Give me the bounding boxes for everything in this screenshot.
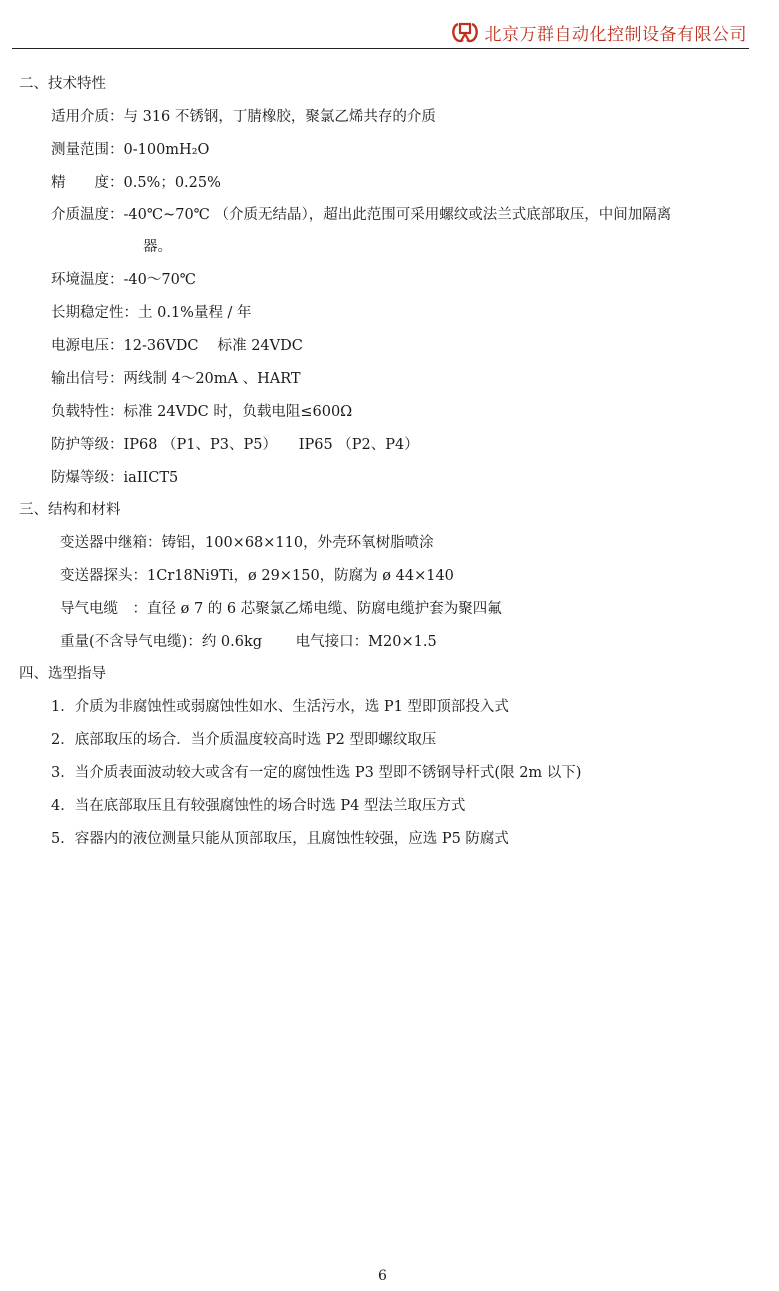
structure-junction-box: 变送器中继箱：铸铝，100×68×110，外壳环氧树脂喷涂: [60, 533, 434, 553]
structure-probe: 变送器探头：1Cr18Ni9Ti，ø 29×150，防腐为 ø 44×140: [60, 566, 454, 586]
spec-protection: 防护等级：IP68 （P1、P3、P5） IP65 （P2、P4）: [51, 435, 419, 455]
spec-medium: 适用介质：与 316 不锈钢，丁腈橡胶，聚氯乙烯共存的介质: [51, 107, 436, 127]
spec-load: 负载特性：标准 24VDC 时，负载电阻≤600Ω: [51, 402, 352, 422]
selection-item: 5．容器内的液位测量只能从顶部取压，且腐蚀性较强，应选 P5 防腐式: [51, 829, 509, 849]
section-title-selection: 四、选型指导: [19, 664, 106, 684]
spec-power: 电源电压：12-36VDC 标准 24VDC: [51, 336, 303, 356]
structure-weight: 重量(不含导气电缆)：约 0.6kg 电气接口：M20×1.5: [60, 632, 437, 652]
spec-accuracy: 精 度：0.5%；0.25%: [51, 173, 221, 193]
structure-cable: 导气电缆 ：直径 ø 7 的 6 芯聚氯乙烯电缆、防腐电缆护套为聚四氟: [60, 599, 502, 619]
spec-medium-temp: 介质温度：-40℃~70℃ （介质无结晶），超出此范围可采用螺纹或法兰式底部取压…: [51, 205, 671, 225]
company-logo-icon: [451, 21, 479, 45]
spec-range: 测量范围：0-100mH₂O: [51, 140, 209, 160]
spec-ambient-temp: 环境温度：-40～70℃: [51, 270, 196, 290]
spec-output: 输出信号：两线制 4～20mA 、HART: [51, 369, 301, 389]
spec-medium-temp-cont: 器。: [143, 237, 172, 257]
section-title-tech: 二、技术特性: [19, 74, 106, 94]
selection-item: 4．当在底部取压且有较强腐蚀性的场合时选 P4 型法兰取压方式: [51, 796, 465, 816]
page-number: 6: [378, 1268, 387, 1284]
selection-item: 2．底部取压的场合．当介质温度较高时选 P2 型即螺纹取压: [51, 730, 436, 750]
selection-item: 3．当介质表面波动较大或含有一定的腐蚀性选 P3 型即不锈钢导杆式(限 2m 以…: [51, 763, 581, 783]
company-name: 北京万群自动化控制设备有限公司: [485, 20, 748, 45]
page-header: 北京万群自动化控制设备有限公司: [12, 14, 749, 49]
selection-item: 1．介质为非腐蚀性或弱腐蚀性如水、生活污水，选 P1 型即顶部投入式: [51, 697, 509, 717]
section-title-structure: 三、结构和材料: [19, 500, 121, 520]
spec-explosion: 防爆等级：iaIICT5: [51, 468, 178, 488]
spec-stability: 长期稳定性：土 0.1%量程 / 年: [51, 303, 252, 323]
brand: 北京万群自动化控制设备有限公司: [451, 20, 748, 45]
